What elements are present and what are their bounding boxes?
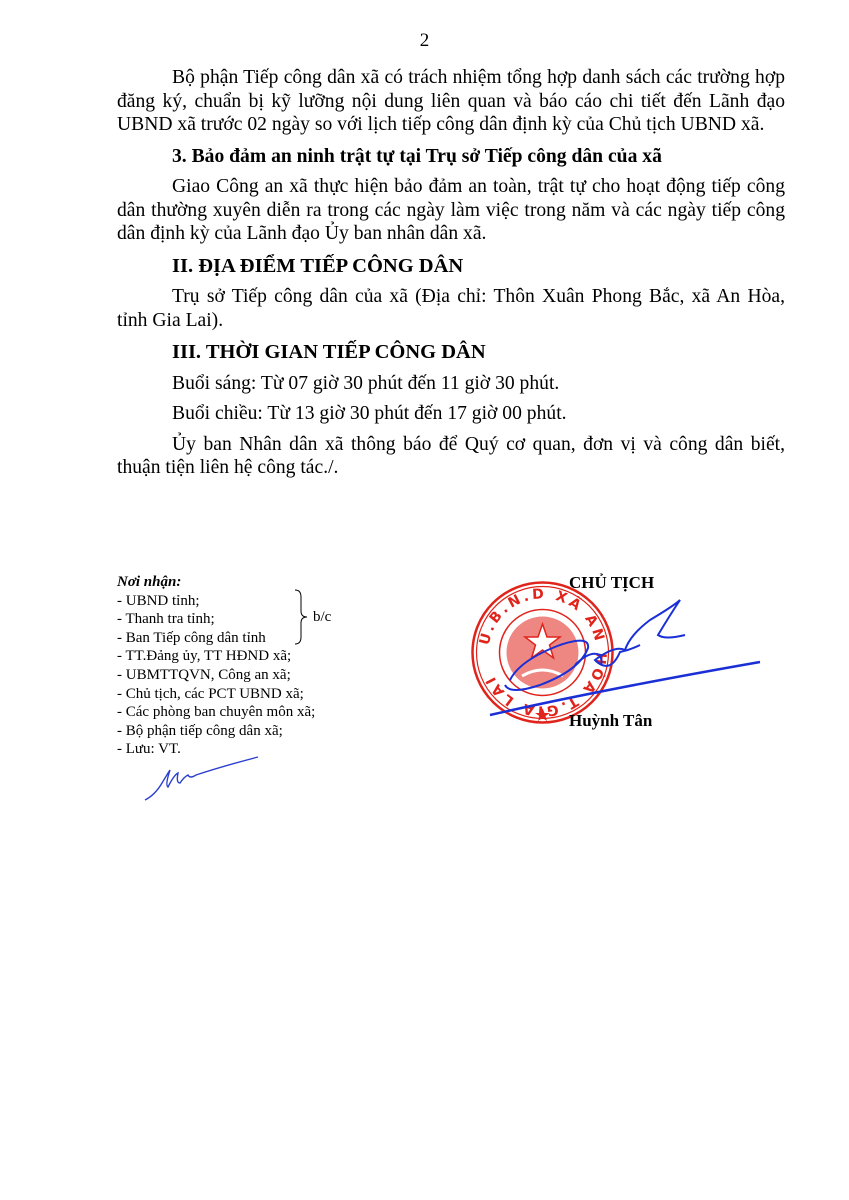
recipient-item: - Ban Tiếp công dân tỉnh <box>117 629 315 648</box>
recipient-item: - TT.Đảng ủy, TT HĐND xã; <box>117 647 315 666</box>
recipient-item: - Các phòng ban chuyên môn xã; <box>117 703 315 722</box>
paragraph-security: Giao Công an xã thực hiện bảo đảm an toà… <box>117 175 785 246</box>
bracket-note: b/c <box>313 609 331 626</box>
heading-security: 3. Bảo đảm an ninh trật tự tại Trụ sở Ti… <box>117 145 785 169</box>
paragraph-afternoon: Buổi chiều: Từ 13 giờ 30 phút đến 17 giờ… <box>117 402 785 426</box>
document-body: Bộ phận Tiếp công dân xã có trách nhiệm … <box>117 66 785 480</box>
recipient-item: - Thanh tra tỉnh; <box>117 610 315 629</box>
page-number: 2 <box>0 30 849 52</box>
recipient-item: - Bộ phận tiếp công dân xã; <box>117 722 315 741</box>
paragraph-location: Trụ sở Tiếp công dân của xã (Địa chỉ: Th… <box>117 285 785 332</box>
recipients-list: - UBND tỉnh; - Thanh tra tỉnh; - Ban Tiế… <box>117 592 315 759</box>
recipient-item: - Chủ tịch, các PCT UBND xã; <box>117 685 315 704</box>
heading-location: II. ĐỊA ĐIỂM TIẾP CÔNG DÂN <box>117 255 785 279</box>
brace-icon <box>292 589 312 645</box>
paragraph-morning: Buổi sáng: Từ 07 giờ 30 phút đến 11 giờ … <box>117 372 785 396</box>
recipient-item: - UBMTTQVN, Công an xã; <box>117 666 315 685</box>
heading-time: III. THỜI GIAN TIẾP CÔNG DÂN <box>117 341 785 365</box>
paragraph-reporting: Bộ phận Tiếp công dân xã có trách nhiệm … <box>117 66 785 137</box>
recipients-title: Nơi nhận: <box>117 573 315 592</box>
recipients-block: Nơi nhận: - UBND tỉnh; - Thanh tra tỉnh;… <box>117 573 315 759</box>
recipient-item: - UBND tỉnh; <box>117 592 315 611</box>
paragraph-closing: Ủy ban Nhân dân xã thông báo để Quý cơ q… <box>117 433 785 480</box>
handwritten-signature-icon <box>480 590 770 720</box>
signer-name: Huỳnh Tân <box>569 711 652 731</box>
initials-signature-icon <box>140 745 270 805</box>
